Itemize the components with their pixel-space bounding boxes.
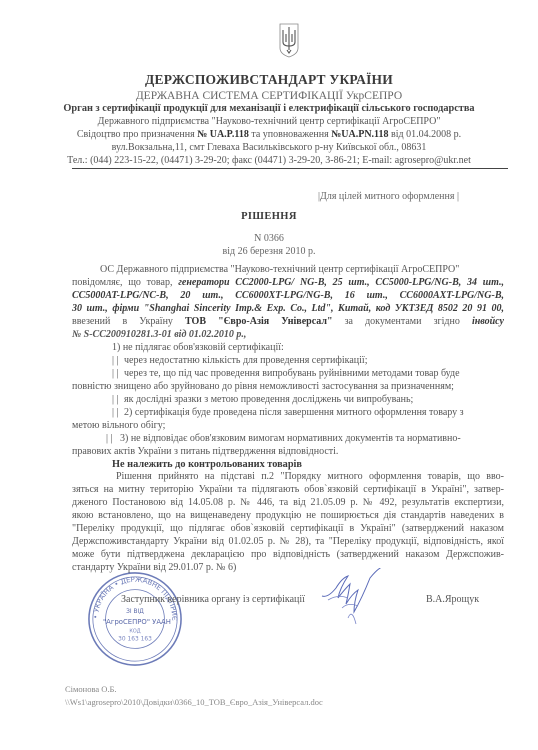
address: вул.Вокзальна,11, смт Глеваха Васильківс… [0, 142, 538, 153]
executor-name: Сімонова О.Б. [65, 684, 117, 694]
clause-text: правових актів України з питань підтверд… [72, 446, 338, 457]
clause-text: метою вільного обігу; [72, 420, 165, 431]
certificate-number: № UA.P.118 [197, 129, 249, 140]
svg-text:ЗІ ВІД: ЗІ ВІД [126, 609, 144, 615]
invoice-number: № S-CC200910281.3-01 від 01.02.2010 р., [72, 329, 246, 340]
certification-body-name: Орган з сертифікації продукції для механ… [0, 103, 538, 114]
clause-text: повністю знищено або зруйновано до рівня… [72, 381, 454, 392]
intro-line-3: CC5000AT-LPG/NC-B, 20 шт., CC6000XT-LPG/… [72, 290, 504, 301]
certificate-date: від 01.04.2008 р. [389, 129, 462, 140]
basis-line: дженого Постановою від 14.05.08 р. № 446… [72, 497, 504, 508]
clause-checkbox: | | [112, 394, 119, 405]
trident-coat-of-arms-icon [279, 22, 299, 58]
svg-text:30 163 163: 30 163 163 [118, 637, 152, 643]
official-round-seal-icon: • УКРАЇНА • ДЕРЖАВНЕ ПІДПРИЄМСТВО • ЗІ В… [86, 570, 184, 668]
clause-text: через недостатню кількість для проведенн… [124, 355, 367, 366]
basis-line: "Переліку продукції, що підлягає обов`яз… [72, 523, 504, 534]
documents-text: за документами згідно [333, 316, 472, 327]
clause-text: як дослідні зразки з метою проведення до… [124, 394, 413, 405]
signatory-name: В.А.Ярощук [426, 594, 479, 605]
clause-checkbox: | | [112, 368, 119, 379]
certificate-mid: та уповноваження [249, 129, 331, 140]
intro-line-1: ОС Державного підприємства "Науково-техн… [100, 264, 459, 275]
handwritten-signature-icon [318, 568, 388, 628]
purpose-note: |Для цілей митного оформлення | [318, 191, 459, 202]
basis-line: Рішення прийнято на підставі п.2 "Порядк… [116, 471, 504, 482]
svg-text:КОД: КОД [129, 629, 140, 635]
agency-name: ДЕРЖСПОЖИВСТАНДАРТ УКРАЇНИ [0, 72, 538, 88]
importer-name: ТОВ "Євро-Азія Універсал" [185, 316, 333, 327]
intro-text: повідомляє, що товар, [72, 277, 178, 288]
clause-text: 1) не підлягає обов'язковій сертифікації… [112, 342, 284, 353]
clause-text: через те, що під час проведення випробув… [124, 368, 460, 379]
clause-checkbox: | | [112, 407, 119, 418]
document-date: від 26 березня 2010 р. [0, 246, 538, 257]
basis-line: може бути підтверджена декларацією про в… [72, 549, 504, 560]
contacts: Тел.: (044) 223-15-22, (04471) 3-29-20; … [0, 155, 538, 166]
invoice-label: інвойсу [472, 316, 504, 327]
certificate-line: Свідоцтво про призначення № UA.P.118 та … [0, 129, 538, 140]
intro-line-4: 30 шт., фірми "Shanghai Sincerity Imp.& … [72, 303, 504, 314]
certification-system-name: ДЕРЖАВНА СИСТЕМА СЕРТИФІКАЦІЇ УкрСЕПРО [0, 90, 538, 102]
clause-text: 2) сертифікація буде проведена після зав… [124, 407, 464, 418]
document-number: N 0366 [0, 233, 538, 244]
document-title: РІШЕННЯ [0, 211, 538, 222]
file-path: \\Ws1\agrosepro\2010\Довідки\0366_10_ТОВ… [65, 697, 323, 707]
authorization-number: №UA.PN.118 [331, 129, 388, 140]
header-divider [72, 168, 508, 169]
intro-line-5: ввезений в Україну ТОВ "Євро-Азія Універ… [72, 316, 504, 327]
clause-text: 3) не відповідає обов'язковим вимогам но… [120, 433, 461, 444]
import-text: ввезений в Україну [72, 316, 185, 327]
stamp-text: "АгроСЕПРО" УААН [103, 618, 171, 626]
clause-checkbox: | | [106, 433, 113, 444]
clause-checkbox: | | [112, 355, 119, 366]
enterprise-name: Державного підприємства "Науково-технічн… [0, 116, 538, 127]
basis-line: Держспоживстандарту України від 01.02.05… [72, 536, 504, 547]
certificate-prefix: Свідоцтво про призначення [77, 129, 197, 140]
basis-line: зяться на митну територію України та під… [72, 484, 504, 495]
certification-decision-document: ДЕРЖСПОЖИВСТАНДАРТ УКРАЇНИ ДЕРЖАВНА СИСТ… [0, 0, 538, 750]
product-list: генератори CC2000-LPG/ NG-B, 25 шт., CC5… [178, 277, 504, 288]
intro-line-2: повідомляє, що товар, генератори CC2000-… [72, 277, 504, 288]
not-controlled-heading: Не належить до контрольованих товарів [112, 459, 302, 470]
signatory-position: Заступник керівника органу із сертифікац… [121, 594, 305, 605]
basis-line: якою встановлено, що на вищенаведену про… [72, 510, 504, 521]
